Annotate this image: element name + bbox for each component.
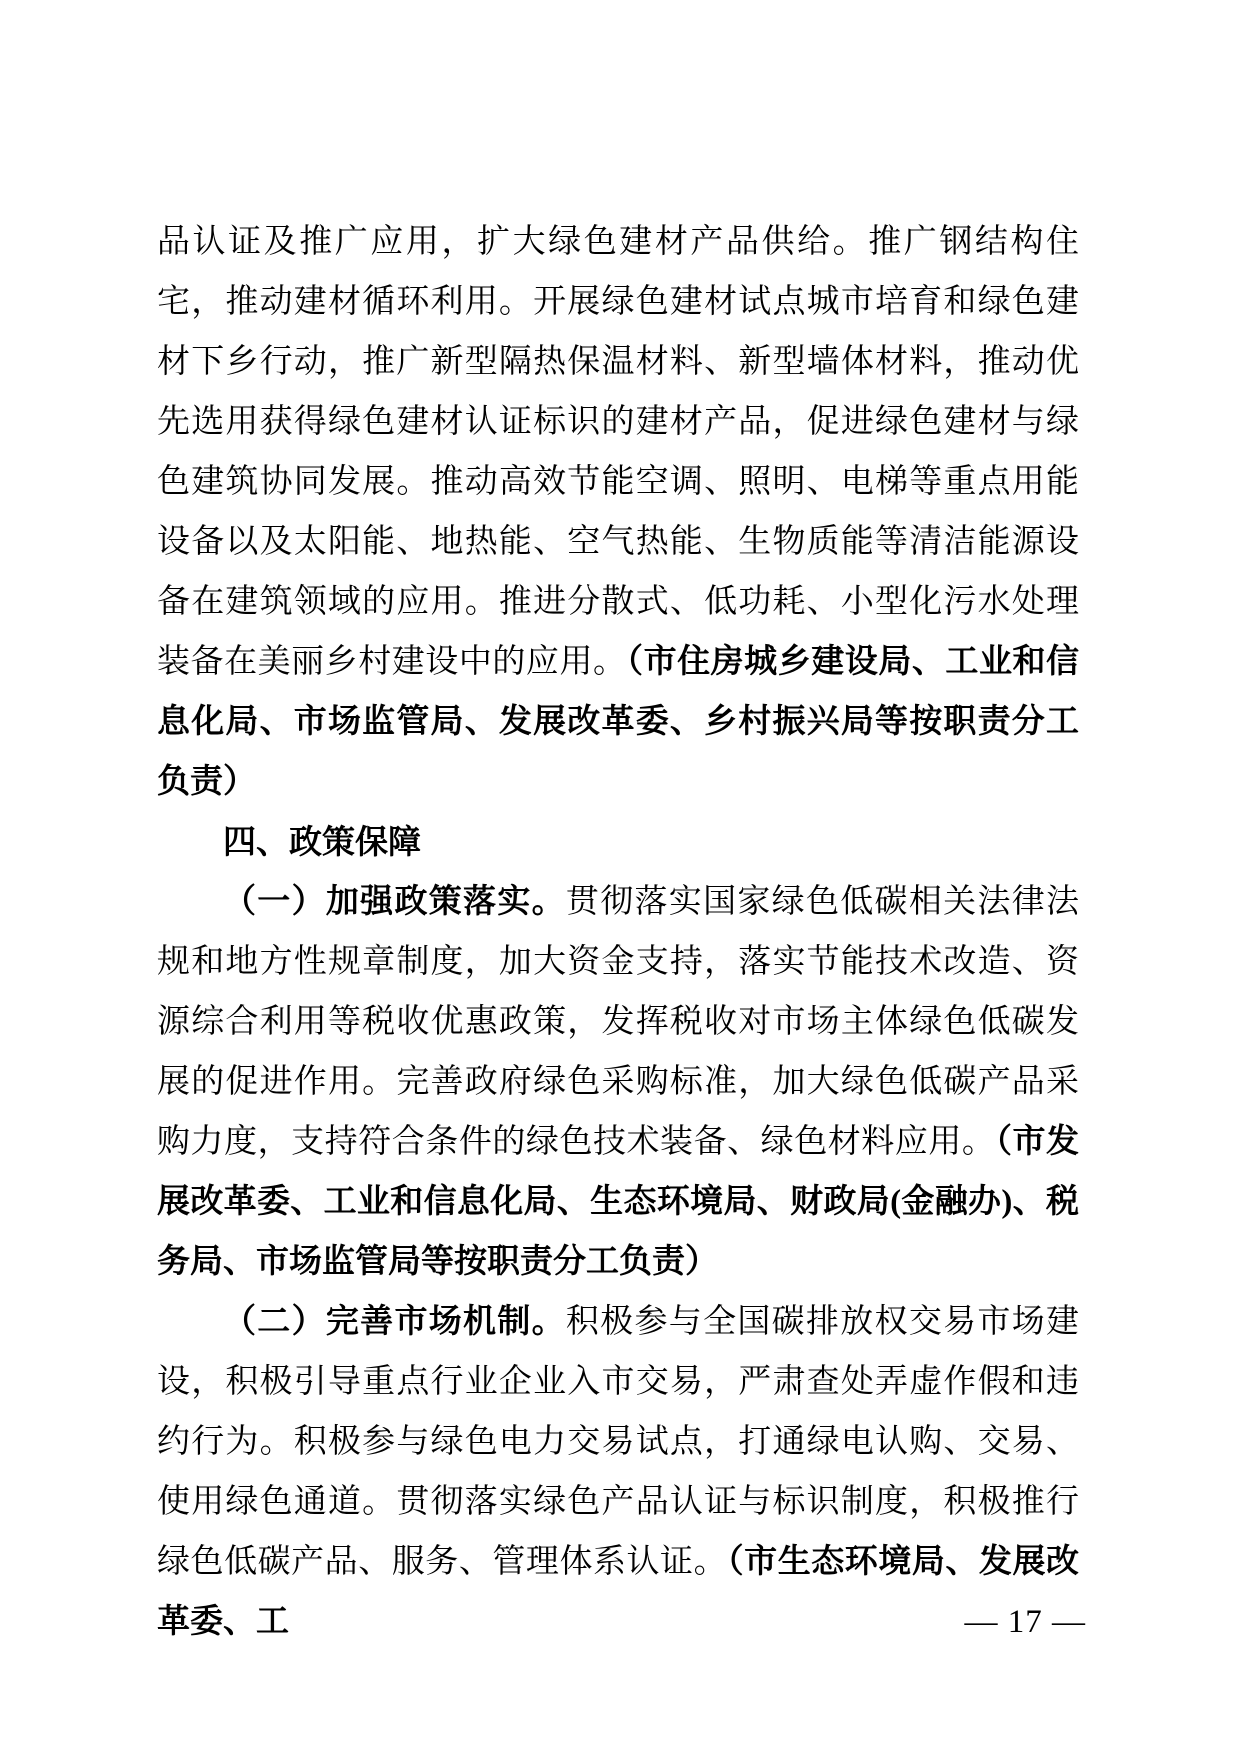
section-heading: 四、政策保障 (157, 812, 1079, 872)
paragraph-policy-implementation: （一）加强政策落实。贯彻落实国家绿色低碳相关法律法规和地方性规章制度，加大资金支… (157, 872, 1079, 1292)
document-body: 品认证及推广应用，扩大绿色建材产品供给。推广钢结构住宅，推动建材循环利用。开展绿… (157, 212, 1079, 1652)
paragraph-continuation: 品认证及推广应用，扩大绿色建材产品供给。推广钢结构住宅，推动建材循环利用。开展绿… (157, 212, 1079, 812)
text-segment-body: 贯彻落实国家绿色低碳相关法律法规和地方性规章制度，加大资金支持，落实节能技术改造… (157, 884, 1079, 1160)
text-segment-heading: 四、政策保障 (223, 823, 421, 860)
paragraph-market-mechanism: （二）完善市场机制。积极参与全国碳排放权交易市场建设，积极引导重点行业企业入市交… (157, 1292, 1079, 1652)
page-number: — 17 — (965, 1604, 1087, 1641)
text-segment-lead: （一）加强政策落实。 (223, 884, 566, 920)
document-page: 品认证及推广应用，扩大绿色建材产品供给。推广钢结构住宅，推动建材循环利用。开展绿… (0, 0, 1241, 1755)
text-segment-body: 品认证及推广应用，扩大绿色建材产品供给。推广钢结构住宅，推动建材循环利用。开展绿… (157, 224, 1079, 680)
text-segment-body: 积极参与全国碳排放权交易市场建设，积极引导重点行业企业入市交易，严肃查处弄虚作假… (157, 1304, 1079, 1580)
text-segment-lead: （二）完善市场机制。 (223, 1304, 566, 1340)
